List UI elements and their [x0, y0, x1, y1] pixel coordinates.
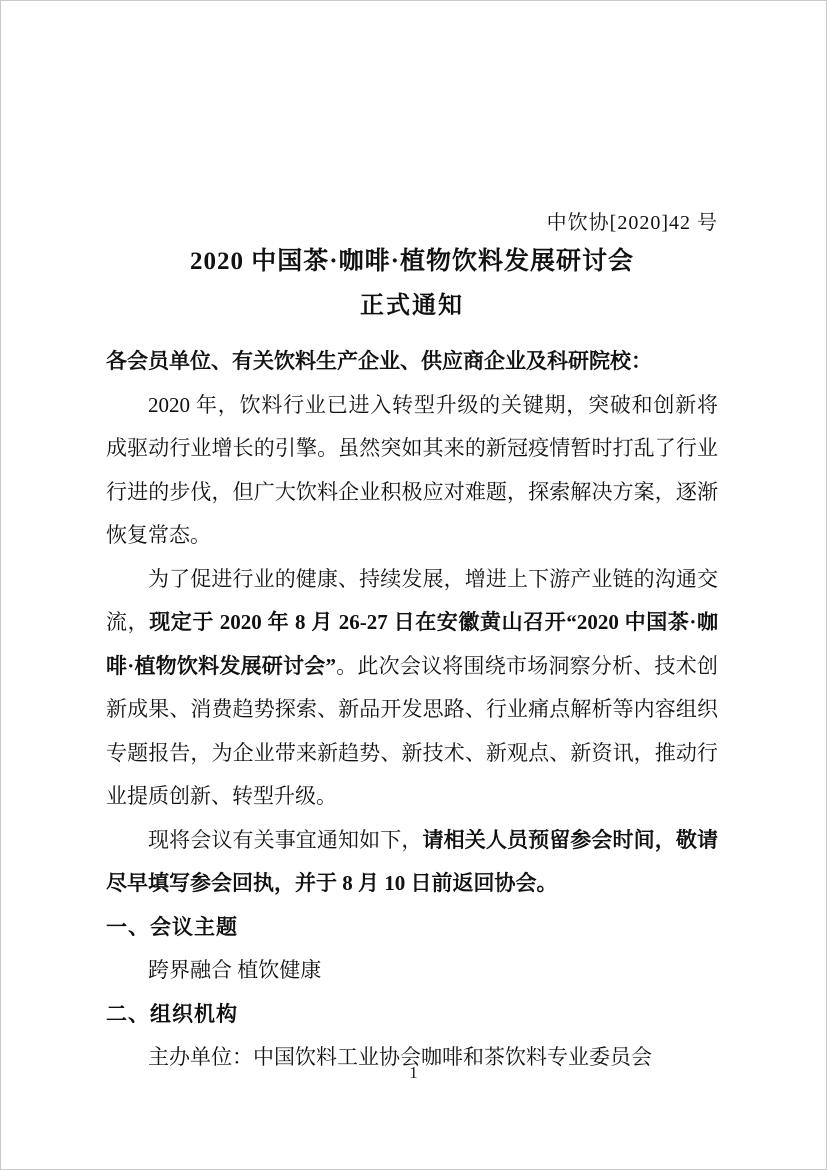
section-heading-meeting-topic: 一、会议主题: [106, 906, 718, 950]
paragraph-meeting-announcement: 为了促进行业的健康、持续发展，增进上下游产业链的沟通交流，现定于 2020 年 …: [106, 558, 718, 819]
section-text-meeting-topic: 跨界融合 植饮健康: [106, 949, 718, 993]
salutation-line: 各会员单位、有关饮料生产企业、供应商企业及科研院校：: [106, 340, 718, 384]
document-body: 各会员单位、有关饮料生产企业、供应商企业及科研院校： 2020 年，饮料行业已进…: [106, 340, 718, 1080]
paragraph-industry-overview: 2020 年，饮料行业已进入转型升级的关键期，突破和创新将成驱动行业增长的引擎。…: [106, 384, 718, 558]
document-subtitle: 正式通知: [106, 284, 718, 328]
document-title: 2020 中国茶·咖啡·植物饮料发展研讨会: [106, 240, 718, 284]
paragraph-rsvp-notice: 现将会议有关事宜通知如下，请相关人员预留参会时间，敬请尽早填写参会回执，并于 8…: [106, 819, 718, 906]
page-number: 1: [1, 1063, 826, 1083]
section-heading-organization: 二、组织机构: [106, 993, 718, 1037]
document-content: 中饮协[2020]42 号 2020 中国茶·咖啡·植物饮料发展研讨会 正式通知…: [106, 206, 718, 1080]
paragraph-segment-regular: 现将会议有关事宜通知如下，: [148, 828, 423, 852]
document-number: 中饮协[2020]42 号: [106, 206, 718, 240]
document-page: 中饮协[2020]42 号 2020 中国茶·咖啡·植物饮料发展研讨会 正式通知…: [0, 0, 827, 1170]
